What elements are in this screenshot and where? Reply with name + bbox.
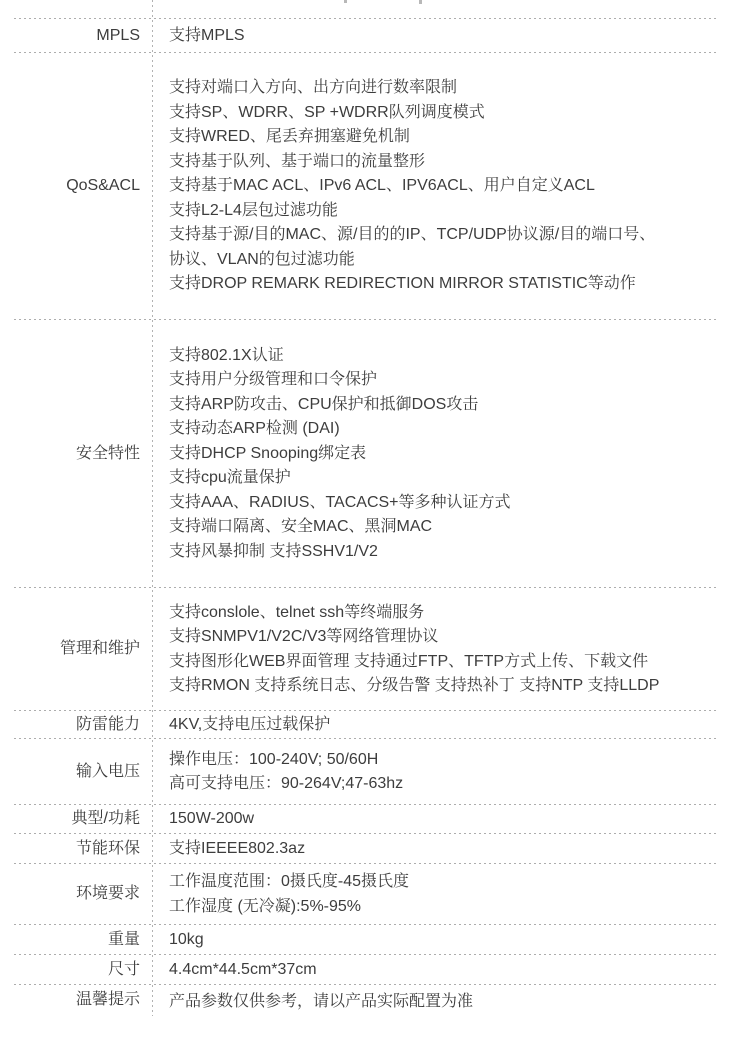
spec-label: 管理和维护	[0, 639, 152, 660]
spec-label: 温馨提示	[0, 985, 152, 1011]
spec-line: 操作电压：100-240V; 50/60H	[169, 748, 744, 773]
spec-line: 支持MPLS	[169, 24, 744, 49]
spec-line: 150W-200w	[169, 807, 744, 832]
spec-row: 尺寸 4.4cm*44.5cm*37cm	[0, 955, 750, 985]
spec-table: MPLS 支持MPLS QoS&ACL 支持对端口入方向、出方向进行数率限制支持…	[0, 19, 750, 1037]
spec-label: 节能环保	[0, 839, 152, 860]
spec-content: 产品参数仅供参考，请以产品实际配置为准	[152, 985, 750, 1015]
spec-line: 支持IEEEE802.3az	[169, 837, 744, 862]
spec-row: 防雷能力 4KV,支持电压过载保护	[0, 711, 750, 739]
spec-row: 典型/功耗 150W-200w	[0, 805, 750, 834]
spec-label: 重量	[0, 930, 152, 951]
product-spec-page: MPLS 支持MPLS QoS&ACL 支持对端口入方向、出方向进行数率限制支持…	[0, 0, 750, 1037]
spec-line: 支持风暴抑制 支持SSHV1/V2	[169, 540, 744, 565]
spec-line: 支持动态ARP检测 (DAI)	[169, 417, 744, 442]
spec-line: 支持802.1X认证	[169, 344, 744, 369]
spec-row: MPLS 支持MPLS	[0, 19, 750, 53]
clipped-row-above	[0, 0, 750, 19]
spec-line: 支持DHCP Snooping绑定表	[169, 442, 744, 467]
spec-line: 支持DROP REMARK REDIRECTION MIRROR STATIST…	[169, 272, 744, 297]
spec-line: 支持图形化WEB界面管理 支持通过FTP、TFTP方式上传、下载文件	[169, 650, 744, 675]
spec-label: QoS&ACL	[0, 176, 152, 197]
clipped-text-remnant	[419, 0, 422, 4]
spec-line: 支持RMON 支持系统日志、分级告警 支持热补丁 支持NTP 支持LLDP	[169, 674, 744, 699]
spec-content: 10kg	[152, 928, 750, 953]
spec-label: 安全特性	[0, 444, 152, 465]
spec-line: 支持L2-L4层包过滤功能	[169, 199, 744, 224]
spec-content: 支持IEEEE802.3az	[152, 837, 750, 862]
spec-line: 4KV,支持电压过载保护	[169, 713, 744, 738]
spec-line: 支持端口隔离、安全MAC、黑洞MAC	[169, 515, 744, 540]
spec-content: 支持对端口入方向、出方向进行数率限制支持SP、WDRR、SP +WDRR队列调度…	[152, 76, 750, 297]
spec-line: 支持SNMPV1/V2C/V3等网络管理协议	[169, 625, 744, 650]
spec-row: 环境要求 工作温度范围：0摄氏度-45摄氏度工作湿度 (无冷凝):5%-95%	[0, 864, 750, 925]
spec-label: 输入电压	[0, 762, 152, 783]
spec-line: 支持对端口入方向、出方向进行数率限制	[169, 76, 744, 101]
spec-line: 协议、VLAN的包过滤功能	[169, 248, 744, 273]
spec-line: 支持基于源/目的MAC、源/目的的IP、TCP/UDP协议源/目的端口号、	[169, 223, 744, 248]
spec-line: 支持conslole、telnet ssh等终端服务	[169, 601, 744, 626]
spec-row: 输入电压 操作电压：100-240V; 50/60H高可支持电压：90-264V…	[0, 739, 750, 805]
spec-content: 支持conslole、telnet ssh等终端服务支持SNMPV1/V2C/V…	[152, 601, 750, 699]
spec-content: 支持MPLS	[152, 24, 750, 49]
spec-label: 尺寸	[0, 960, 152, 981]
spec-content: 4.4cm*44.5cm*37cm	[152, 958, 750, 983]
spec-content: 操作电压：100-240V; 50/60H高可支持电压：90-264V;47-6…	[152, 748, 750, 797]
spec-label: MPLS	[0, 26, 152, 47]
spec-row: 重量 10kg	[0, 925, 750, 955]
spec-line: 10kg	[169, 928, 744, 953]
spec-row: QoS&ACL 支持对端口入方向、出方向进行数率限制支持SP、WDRR、SP +…	[0, 53, 750, 320]
spec-row: 安全特性 支持802.1X认证支持用户分级管理和口令保护支持ARP防攻击、CPU…	[0, 320, 750, 588]
spec-line: 支持SP、WDRR、SP +WDRR队列调度模式	[169, 101, 744, 126]
spec-line: 高可支持电压：90-264V;47-63hz	[169, 772, 744, 797]
spec-line: 支持cpu流量保护	[169, 466, 744, 491]
spec-line: 支持基于MAC ACL、IPv6 ACL、IPV6ACL、用户自定义ACL	[169, 174, 744, 199]
spec-line: 支持基于队列、基于端口的流量整形	[169, 150, 744, 175]
spec-line: 4.4cm*44.5cm*37cm	[169, 958, 744, 983]
spec-line: 支持ARP防攻击、CPU保护和抵御DOS攻击	[169, 393, 744, 418]
spec-line: 支持WRED、尾丢弃拥塞避免机制	[169, 125, 744, 150]
spec-content: 工作温度范围：0摄氏度-45摄氏度工作湿度 (无冷凝):5%-95%	[152, 870, 750, 919]
clipped-text-remnant	[344, 0, 347, 3]
spec-content: 4KV,支持电压过载保护	[152, 713, 750, 738]
spec-line: 支持AAA、RADIUS、TACACS+等多种认证方式	[169, 491, 744, 516]
spec-row: 温馨提示 产品参数仅供参考，请以产品实际配置为准	[0, 985, 750, 1037]
spec-label: 防雷能力	[0, 715, 152, 736]
spec-line: 工作湿度 (无冷凝):5%-95%	[169, 895, 744, 920]
spec-row: 管理和维护 支持conslole、telnet ssh等终端服务支持SNMPV1…	[0, 588, 750, 711]
spec-label: 典型/功耗	[0, 809, 152, 830]
spec-content: 支持802.1X认证支持用户分级管理和口令保护支持ARP防攻击、CPU保护和抵御…	[152, 344, 750, 565]
spec-row: 节能环保 支持IEEEE802.3az	[0, 834, 750, 864]
spec-label: 环境要求	[0, 884, 152, 905]
spec-line: 工作温度范围：0摄氏度-45摄氏度	[169, 870, 744, 895]
spec-line: 产品参数仅供参考，请以产品实际配置为准	[169, 990, 744, 1015]
spec-content: 150W-200w	[152, 807, 750, 832]
spec-line: 支持用户分级管理和口令保护	[169, 368, 744, 393]
